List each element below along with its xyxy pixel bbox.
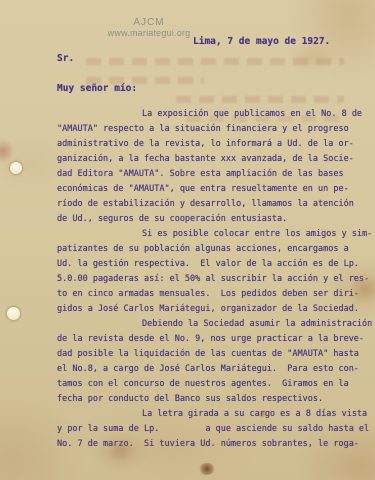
archive-watermark-initials: AJCM [88,17,210,28]
letter-line: fecha por conducto del Banco sus saldos … [57,392,372,407]
age-stain [106,440,136,460]
ink-stain [199,463,215,475]
archive-watermark: AJCM www.mariategui.org [88,17,210,38]
bleedthrough-line [86,58,344,65]
letter-line: tamos con el concurso de nuestros agente… [57,377,372,392]
letter-line: Si es posible colocar entre los amigos y… [57,227,372,242]
letter-line: ganización, a la fecha bastante xxx avan… [57,152,372,167]
letter-line: "AMAUTA" respecto a la situación financi… [57,122,372,137]
age-stain [0,138,12,164]
punch-hole [10,162,22,174]
ink-stain [258,410,267,418]
archive-watermark-url: www.mariategui.org [88,28,210,38]
letter-date: Lima, 7 de mayo de 1927. [193,36,330,47]
punch-hole [7,307,20,320]
letter-body: La exposición que publicamos en el No. 8… [57,107,372,452]
letter-document: AJCM www.mariategui.org Lima, 7 de mayo … [0,0,375,480]
letter-line: dad posible la liquidación de las cuenta… [57,347,372,362]
letter-line: La exposición que publicamos en el No. 8… [57,107,372,122]
bleedthrough-line [176,96,344,103]
letter-line: y por la suma de Lp. a que asciende su s… [57,422,372,437]
letter-line: patizantes de su población algunas accio… [57,242,372,257]
letter-line: gidos a José Carlos Mariátegui, organiza… [57,302,372,317]
letter-line: de Ud., seguros de su cooperación entusi… [57,212,372,227]
age-stain [352,272,375,306]
letter-line: Debiendo la Sociedad asumir la administr… [57,317,372,332]
letter-line: La letra girada a su cargo es a 8 días v… [57,407,372,422]
letter-line: 5.0.00 pagaderas así: el 50% al suscribi… [57,272,372,287]
letter-line: administrativo de la revista, lo informa… [57,137,372,152]
letter-line: económicas de "AMAUTA", que entra resuel… [57,182,372,197]
letter-greeting: Muy señor mío: [57,83,137,94]
letter-salutation: Sr. [57,53,74,64]
letter-line: Ud. la gestión respectiva. El valor de l… [57,257,372,272]
letter-line: ríodo de estabilización y desarrollo, ll… [57,197,372,212]
letter-line: to en cinco armadas mensuales. Los pedid… [57,287,372,302]
letter-line: No. 7 de marzo. Si tuviera Ud. números s… [57,437,372,452]
letter-line: de la revista desde el No. 9, nos urge p… [57,332,372,347]
letter-line: dad Editora "AMAUTA". Sobre esta ampliac… [57,167,372,182]
letter-line: el No.8, a cargo de José Carlos Mariáteg… [57,362,372,377]
